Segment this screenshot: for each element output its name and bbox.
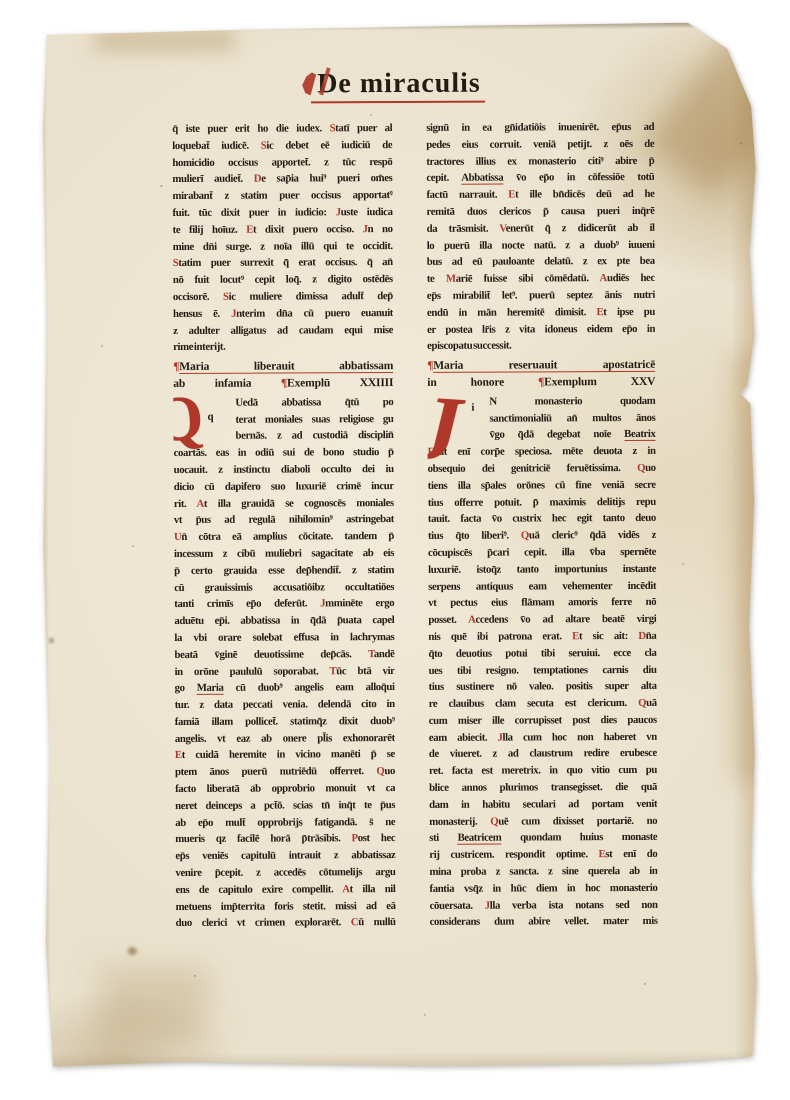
text-line: tius offerre potuit. p̄ maximis delitijs… (428, 493, 656, 511)
paper-stain (729, 352, 773, 782)
photo-background: De miraculis q̄ iste puer erit ho die iu… (0, 0, 790, 1100)
text-line: ab ep̄o mult̄ opprobrijs fatigandā. s̄ n… (175, 814, 395, 832)
text-line: ens de capitulo exire compellit. At illa… (175, 881, 395, 899)
exemplum-24-end: signū in ea gn̄idatiōis inuenirēt. ep̄us… (426, 119, 655, 355)
paper-stain (95, 29, 235, 52)
exemplum-23-end: q̄ iste puer erit ho die iudex. Statī pu… (172, 120, 393, 356)
text-line: nis quē ibi patrona erat. Et sic ait: Dn… (428, 628, 656, 646)
text-line: nō fuit locut⁹ cepit loq̄. z digito ostē… (173, 271, 393, 289)
text-line: dicio cū dapifero suo luxuriē crimē incu… (174, 478, 394, 496)
text-line: fantia vsq̄z in hūc diem in hoc monaster… (429, 880, 657, 898)
text-line: Statim puer surrexit q̄ erat occisus. q̄… (173, 254, 393, 272)
left-column: q̄ iste puer erit ho die iudex. Statī pu… (172, 120, 396, 932)
text-line: lo puerū illa nocte natū. z a duob⁹ iuue… (427, 236, 655, 254)
exemplum-24-body: Q q Uedā abbatissa q̄tū poterat moniales… (173, 394, 395, 932)
exemplum-25-lines: N monasterio quodamsanctimonialiū an̄ mu… (427, 393, 657, 931)
text-line: episcopatu successit. (427, 337, 655, 355)
text-line: metuens imp̄territa foris stetit. missi … (176, 898, 396, 916)
paper-stain (644, 25, 790, 199)
text-line: rit. At illa grauidā se cognoscēs monial… (174, 495, 394, 513)
text-line: mine dn̄i surge. z noīa illū qui te occi… (173, 238, 393, 256)
text-line: cōcupiscēs p̄cari cepit. illa v̄ba spern… (428, 544, 656, 562)
text-line: considerans dum abire vellet. mater mis (430, 913, 658, 931)
text-line: q̄ iste puer erit ho die iudex. Statī pu… (172, 120, 392, 138)
text-line: monasterij. Quē cum dixisset portariē. n… (429, 813, 657, 831)
text-line: tanti crimīs ep̄o deferūt. Jmminēte ergo (174, 595, 394, 613)
text-line: tur. z data peccati venia. delendā cito … (175, 696, 395, 714)
guide-letter: q (207, 411, 213, 423)
exemplum-25-body: J i N monasterio quodamsanctimonialiū an… (427, 393, 657, 931)
text-line: loquebat̄ iudicē. Sic debet eē iudiciū d… (172, 137, 392, 155)
dropcap-initial-I: J (426, 380, 464, 475)
dropcap-initial-Q: Q (172, 385, 206, 453)
text-columns: q̄ iste puer erit ho die iudex. Statī pu… (172, 119, 658, 932)
text-line: terat moniales suas religiose gu (173, 411, 393, 429)
page-title: De miraculis (311, 68, 485, 104)
text-line: famiā illam pollicet̄. statimq̄z dixit d… (175, 713, 395, 731)
text-line: duo clerici vt crimen explorarēt. Cū nul… (176, 914, 396, 932)
text-line: pedes eius corruit. veniā petijt. z oēs … (426, 136, 654, 154)
page-title-text: De miraculis (317, 68, 481, 100)
text-line: go Maria cū duob⁹ angelis eam alloq̄ui (175, 679, 395, 697)
running-header: De miraculis (40, 66, 756, 104)
text-line: tractores illius ex monasterio citi⁹ abi… (426, 152, 654, 170)
text-line: tauit. facta v̄o custrix hec egit tanto … (428, 510, 656, 528)
text-line: da trāsmisit. Venerūt q̄ z didicerūt ab … (427, 220, 655, 238)
incunable-leaf: De miraculis q̄ iste puer erit ho die iu… (40, 22, 761, 1067)
text-line: ep̄s veniēs capitulū intrauit z abbatiss… (175, 847, 395, 865)
text-line: Uedā abbatissa q̄tū po (173, 394, 393, 412)
text-line: tiens illa sp̄ales orōnes cū fine veniā … (428, 477, 656, 495)
text-line: posset. Accedens v̄o ad altare beatē vir… (428, 611, 656, 629)
exemplum-24-lines: Uedā abbatissa q̄tū poterat moniales sua… (173, 394, 395, 932)
text-line: beatā v̄ginē deuotissime dep̄cās. Tandē (174, 646, 394, 664)
text-line: coartās. eas in odiū sui de bono studio … (174, 444, 394, 462)
text-line: Un̄ cōtra eā amplius cōcitate. tandem p̄ (174, 528, 394, 546)
text-line: rime interijt. (173, 338, 393, 356)
text-line: tius q̄to liberi⁹. Quā cleric⁹ q̄dā vidē… (428, 527, 656, 545)
text-line: aduētu ep̄i. abbatissa in q̄dā p̄uata ca… (174, 612, 394, 630)
chapter-heading-24: ¶Maria liberauit abbatissamab infamia ¶E… (173, 358, 393, 393)
text-line: Erat enī corp̄e speciosa. mēte deuota z … (428, 443, 656, 461)
text-line: tius sustinere nō valeo. positis super a… (429, 678, 657, 696)
text-line: rij custricem. respondit optime. Est enī… (429, 846, 657, 864)
text-line: angelis. vt eaz ab onere pl̄is exhonorar… (175, 730, 395, 748)
text-line: ues tibi resigno. temptationes carnis di… (429, 661, 657, 679)
text-line: er postea lr̄is z vita idoneus eidem ep̄… (427, 320, 655, 338)
text-line: mulierī audiet̄. De sap̄ia hui⁹ pueri om… (172, 170, 392, 188)
text-line: uocauit. z instinctu diaboli occulto dei… (174, 461, 394, 479)
text-line: cepit. Abbatissa v̄o ep̄o in cōfessiōe t… (426, 169, 654, 187)
text-line: p̄ certo grauida esse dep̄hendit̄. z sta… (174, 562, 394, 580)
text-line: mina proba z sancta. z sine querela ab i… (429, 863, 657, 881)
right-column: signū in ea gn̄idatiōis inuenirēt. ep̄us… (426, 119, 658, 931)
text-line: v̄go q̄dā degebat noīe Beatrix (427, 426, 655, 444)
text-line: ¶Maria reseruauit apostatricē (427, 357, 655, 375)
text-line: in orōne paululū soporabat. Tūc btā vir (175, 663, 395, 681)
paper-speckles (40, 26, 42, 28)
text-line: eam abiecit. Jlla cum hoc non haberet vn (429, 729, 657, 747)
text-line: cū grauissimis accusatiōibz occultatiōes (174, 579, 394, 597)
text-line: ¶Maria liberauit abbatissam (173, 358, 393, 376)
paper-stain (99, 967, 209, 1037)
text-line: Et cuidā heremite in vicino manēti p̄ se (175, 747, 395, 765)
text-line: occisorē. Sic muliere dimissa adult̄ dep… (173, 288, 393, 306)
text-line: te Mariē fuisse sibi cōmēdatū. Audiēs he… (427, 270, 655, 288)
text-line: venire p̄cepit. z accedēs cōtumelijs arg… (175, 864, 395, 882)
paper-spot (128, 947, 137, 955)
text-line: ab infamia ¶Exemplū XXIIII (173, 375, 393, 393)
text-line: serpens antiquus eam vehementer incēdit (428, 577, 656, 595)
text-line: hensus ē. Jnterim dn̄a cū puero euanuit (173, 305, 393, 323)
text-line: incessum z cibū muliebri sagacitate ab e… (174, 545, 394, 563)
text-line: te filij hoīuz. Et dixit puero occiso. J… (173, 221, 393, 239)
text-line: ret. facta est meretrix. in quo vitio cu… (429, 762, 657, 780)
text-line: dam in habitu seculari ad portam venit (429, 796, 657, 814)
text-line: ep̄s mirabilit̄ let⁹. puerū septez ānis … (427, 287, 655, 305)
rubrication-mark (302, 72, 316, 95)
text-line: mueris qz facilē horā p̄trāsibis. Post h… (175, 830, 395, 848)
text-line: ptem ānos puerū nutriēdū offerret. Quo (175, 763, 395, 781)
text-line: cum miser ille corrupisset post dies pau… (429, 712, 657, 730)
text-line: signū in ea gn̄idatiōis inuenirēt. ep̄us… (426, 119, 654, 137)
text-line: bernās. z ad custodiā disciplin̄ (173, 427, 393, 445)
text-line: endū in mān heremitē dimisit. Et ipse pu (427, 304, 655, 322)
text-line: re clauibus clam secuta est clericum. Qu… (429, 695, 657, 713)
text-line: bus ad eū pauloante delatū. z ex pte bea (427, 253, 655, 271)
text-line: homicidio occisus apportet̄. z tūc respō (172, 154, 392, 172)
text-line: mirabant̄ z statim puer occisus apportat… (172, 187, 392, 205)
text-line: remitā duos clericos p̄ causa pueri inq̄… (427, 203, 655, 221)
text-line: obsequio dei genitriciē feruētissima. Qu… (428, 460, 656, 478)
text-line: vt pectus eius flāmam amoris ferre nō (428, 594, 656, 612)
text-line: la vbi orare solebat effusa in lachrymas (174, 629, 394, 647)
text-line: blice annos plurimos transegisset. die q… (429, 779, 657, 797)
text-line: factū narrauit. Et ille bn̄dicēs deū ad … (426, 186, 654, 204)
text-line: q̄to deuotius potui tibi seruiui. ecce c… (428, 645, 656, 663)
text-line: neret deinceps a pct̄ō. scias tn̄ inq̄t … (175, 797, 395, 815)
text-line: de viueret. z ad claustrum redire erubes… (429, 745, 657, 763)
text-line: z adulter alligatus ad caudam equi mise (173, 322, 393, 340)
text-line: cōuersata. Jlla verba ista notans sed no… (430, 897, 658, 915)
text-line: luxuriē. istoq̄z tanto importunius insta… (428, 561, 656, 579)
text-line: sti Beatricem quondam huius monaste (429, 829, 657, 847)
guide-letter: i (471, 401, 474, 413)
text-line: vt p̄us ad regulā nihilomin⁹ astringebat (174, 511, 394, 529)
text-line: facto liberatā ab opprobrio monuit vt ca (175, 780, 395, 798)
paper-spot (48, 638, 54, 644)
text-line: fuit. tūc dixit puer in iudicio: Juste i… (173, 204, 393, 222)
